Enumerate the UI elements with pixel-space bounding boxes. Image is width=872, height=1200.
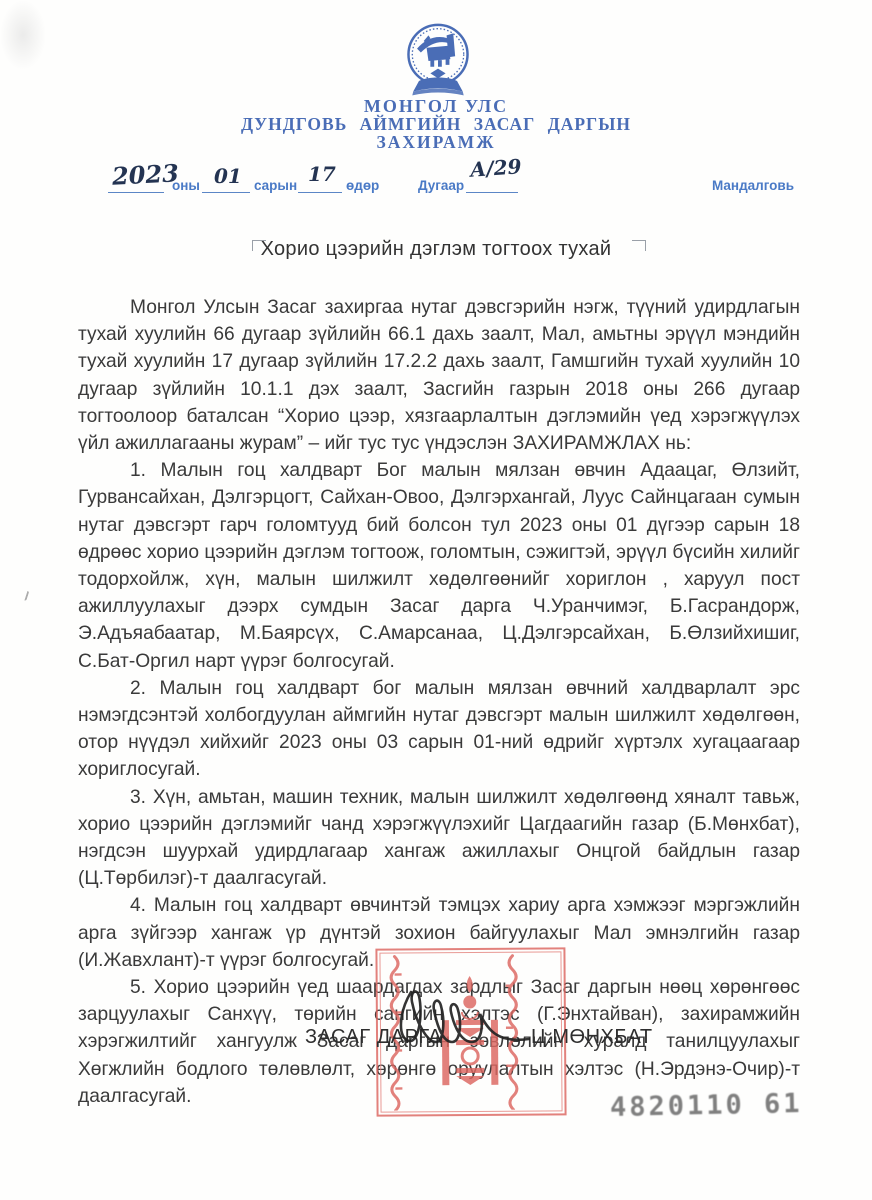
item-1-paragraph: 1. Малын гоц халдварт Бог малын мялзан ө…	[78, 457, 800, 675]
wind-horse-figure	[417, 33, 455, 66]
item-3-paragraph: 3. Хүн, амьтан, машин техник, малын шилж…	[78, 784, 800, 893]
number-underline	[466, 191, 518, 193]
lotus-pedestal	[412, 69, 463, 96]
day-label: өдөр	[346, 178, 379, 193]
handwritten-month: 01	[214, 164, 242, 188]
header-doc-type: ЗАХИРАМЖ	[0, 132, 872, 153]
item-2-paragraph: 2. Малын гоц халдварт бог малын мялзан ө…	[78, 675, 800, 784]
scan-smudge	[0, 0, 46, 70]
title-corner-mark-right	[632, 240, 646, 251]
mongolia-state-emblem-icon	[390, 22, 486, 102]
month-underline	[202, 191, 250, 193]
handwritten-year: 2023	[111, 158, 179, 190]
signer-name: Ц.МӨНХБАТ	[531, 1026, 653, 1049]
serial-number-stamp: 4820110 61	[610, 1088, 803, 1123]
day-underline	[298, 191, 342, 193]
document-page: МОНГОЛ УЛС ДУНДГОВЬ АЙМГИЙН ЗАСАГ ДАРГЫН…	[0, 0, 872, 1200]
number-label: Дугаар	[418, 178, 464, 193]
month-label: сарын	[254, 178, 297, 193]
margin-pen-mark	[19, 589, 30, 601]
year-underline	[108, 191, 164, 193]
signature-ink	[383, 978, 533, 1063]
handwritten-number: А/29	[469, 154, 522, 182]
handwritten-day: 17	[308, 162, 336, 186]
place-name: Мандалговь	[712, 178, 794, 193]
year-label: оны	[172, 178, 200, 193]
preamble-paragraph: Монгол Улсын Засаг захиргаа нутаг дэвсгэ…	[78, 294, 800, 457]
